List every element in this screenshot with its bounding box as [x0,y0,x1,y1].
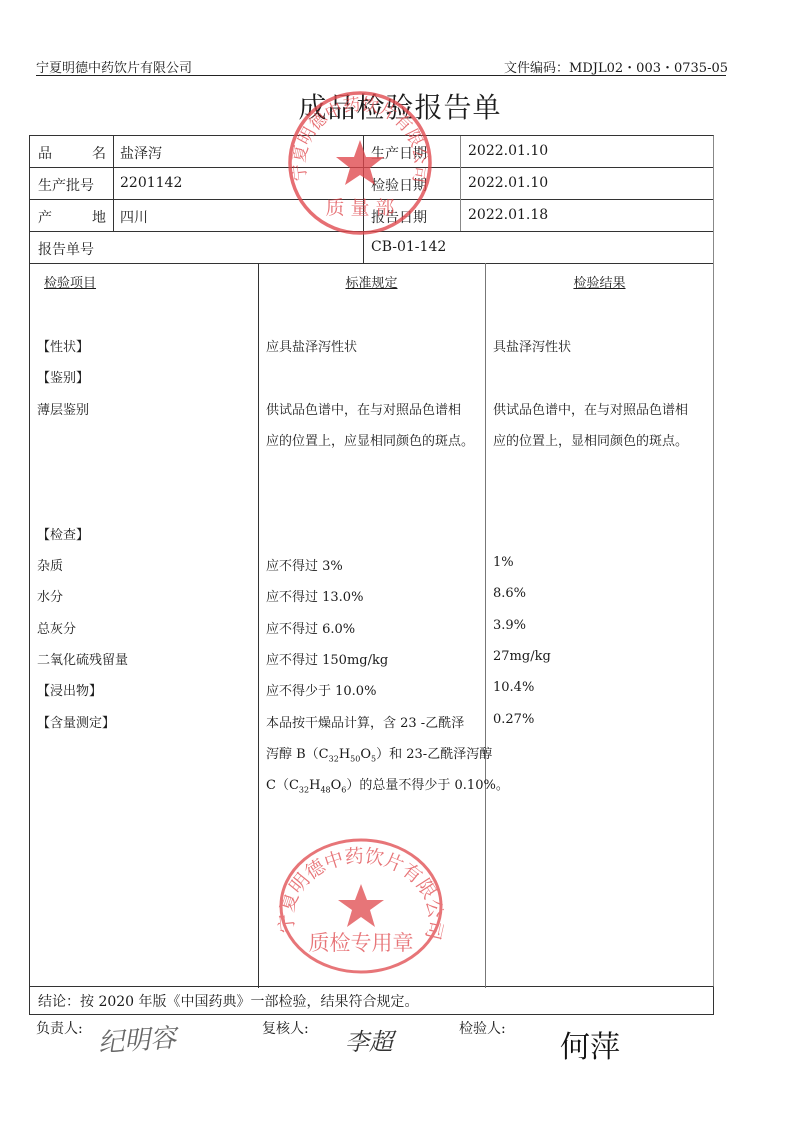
product-name: 盐泽泻 [120,143,162,163]
prod-date: 2022.01.10 [468,143,548,159]
divider [30,199,713,200]
header-rule [36,75,726,76]
row-standard: 应不得过 6.0% [266,618,355,637]
row-result: 27mg/kg [493,649,551,664]
divider [485,263,486,988]
company-name: 宁夏明德中药饮片有限公司 [36,57,192,76]
batch-number: 2201142 [120,175,182,191]
col-head-standard: 标准规定 [258,272,485,291]
row-item: 二氧化硫残留量 [37,649,128,668]
responsible-signature: 纪明容 [97,1017,177,1059]
test-date: 2022.01.10 [468,175,548,191]
doc-code-label: 文件编码： [504,61,569,76]
row-result: 8.6% [493,586,526,601]
reviewer-signature: 李超 [345,1022,393,1057]
product-name-label: 品 名 [38,143,106,163]
report-date: 2022.01.18 [468,207,548,223]
reviewer-label: 复核人: [262,1018,309,1038]
row-standard: 应不得过 3% [266,555,343,574]
conclusion: 结论：按 2020 年版《中国药典》一部检验，结果符合规定。 [29,987,714,1015]
row-item: 【浸出物】 [37,680,102,699]
row-item: 杂质 [37,555,63,574]
batch-label: 生产批号 [38,175,94,195]
report-table: 品 名 盐泽泻 生产批号 2201142 产 地 四川 生产日期 2022.01… [29,135,714,987]
row-standard: C（C32H48O6）的总量不得少于 0.10%。 [266,774,509,795]
row-result: 供试品色谱中，在与对照品色谱相 [493,399,688,418]
row-item: 【检查】 [37,524,89,543]
row-item: 【鉴别】 [37,367,89,386]
row-item: 【含量测定】 [37,712,115,731]
report-no-label: 报告单号 [38,239,94,259]
row-item: 薄层鉴别 [37,399,89,418]
page-title: 成品检验报告单 [0,86,800,126]
divider [30,231,713,232]
divider [30,263,713,264]
divider [363,136,364,263]
inspector-signature: 何萍 [560,1022,620,1066]
divider [113,136,114,231]
prod-date-label: 生产日期 [371,143,427,163]
row-standard: 供试品色谱中，在与对照品色谱相 [266,399,461,418]
report-no: CB-01-142 [371,239,446,255]
row-standard: 应具盐泽泻性状 [266,336,357,355]
row-standard: 泻醇 B（C32H50O5）和 23-乙酰泽泻醇 [266,743,492,764]
divider [460,136,461,231]
row-standard: 应的位置上，应显相同颜色的斑点。 [266,430,474,449]
row-result: 10.4% [493,680,534,695]
row-standard: 应不得过 150mg/kg [266,649,388,668]
row-result: 0.27% [493,712,534,727]
row-result: 1% [493,555,514,570]
inspector-label: 检验人: [459,1018,506,1038]
row-result: 应的位置上，显相同颜色的斑点。 [493,430,688,449]
origin: 四川 [120,207,148,227]
row-standard: 应不得少于 10.0% [266,680,376,699]
row-standard: 本品按干燥品计算，含 23 -乙酰泽 [266,712,464,731]
document-code: 文件编码：MDJL02・003・0735-05 [504,57,728,76]
row-result: 3.9% [493,618,526,633]
divider [30,167,713,168]
col-head-result: 检验结果 [485,272,714,291]
divider [258,263,259,988]
test-date-label: 检验日期 [371,175,427,195]
row-result: 具盐泽泻性状 [493,336,571,355]
row-standard: 应不得过 13.0% [266,586,363,605]
doc-code-value: MDJL02・003・0735-05 [569,61,728,76]
row-item: 总灰分 [37,618,76,637]
row-item: 【性状】 [37,336,89,355]
responsible-label: 负责人: [36,1018,83,1038]
report-date-label: 报告日期 [371,207,427,227]
col-head-item: 检验项目 [44,272,96,291]
origin-label: 产 地 [38,207,106,227]
row-item: 水分 [37,586,63,605]
